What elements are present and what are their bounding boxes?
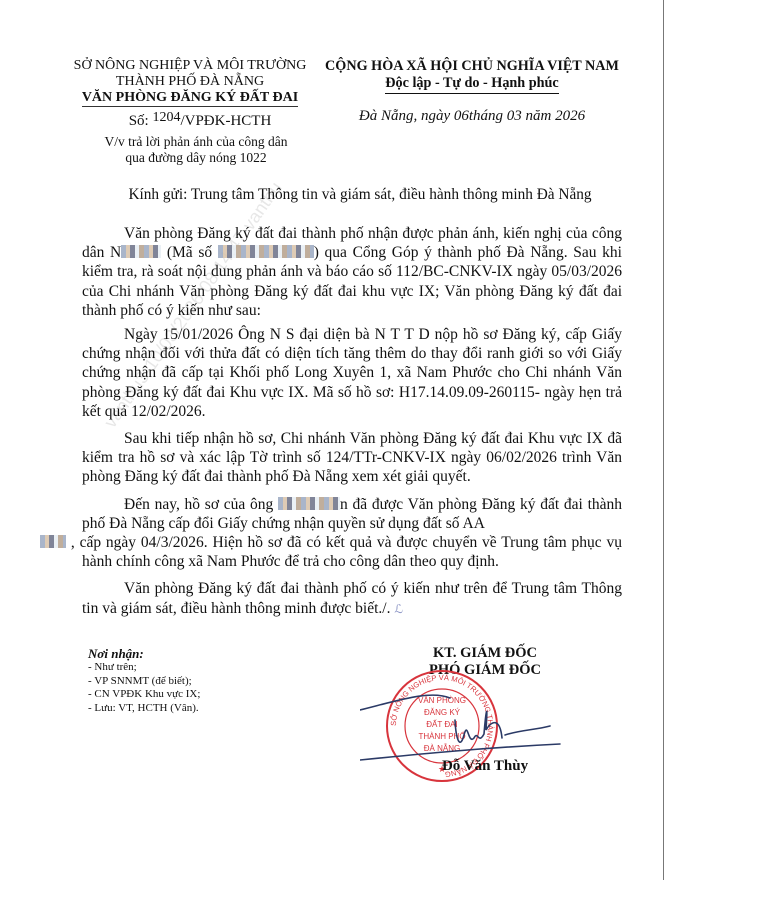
paragraph-5: Văn phòng Đăng ký đất đai thành phố có ý… (82, 579, 622, 618)
paragraph-2: Ngày 15/01/2026 Ông N S đại diện bà N T … (82, 325, 622, 421)
letter-body: Văn phòng Đăng ký đất đai thành phố nhận… (82, 224, 622, 619)
distribution-item: - Như trên; (88, 661, 200, 675)
motto: Độc lập - Tự do - Hạnh phúc (385, 75, 558, 94)
subject-line: V/v trả lời phản ánh của công dân qua đư… (76, 134, 316, 166)
paragraph-3: Sau khi tiếp nhận hồ sơ, Chi nhánh Văn p… (82, 429, 622, 487)
paragraph-1: Văn phòng Đăng ký đất đai thành phố nhận… (82, 224, 622, 320)
city-name: THÀNH PHỐ ĐÀ NẴNG (60, 74, 320, 90)
office-name: VĂN PHÒNG ĐĂNG KÝ ĐẤT ĐAI (82, 90, 298, 107)
distribution-item: - CN VPĐK Khu vực IX; (88, 688, 200, 702)
redacted-name (278, 497, 340, 510)
distribution-item: - Lưu: VT, HCTH (Vân). (88, 702, 200, 716)
nation-name: CỘNG HÒA XÃ HỘI CHỦ NGHĨA VIỆT NAM (322, 58, 622, 75)
redacted-code (218, 245, 314, 258)
initial-mark-icon: ℒ (394, 602, 403, 616)
distribution-list: Nơi nhận: - Như trên; - VP SNNMT (để biế… (88, 646, 200, 715)
distribution-title: Nơi nhận: (88, 646, 200, 661)
distribution-item: - VP SNNMT (để biết); (88, 675, 200, 689)
nation-header: CỘNG HÒA XÃ HỘI CHỦ NGHĨA VIỆT NAM Độc l… (322, 58, 622, 94)
signer-name: Đỗ Văn Thùy (410, 758, 560, 775)
redacted-name (121, 245, 161, 258)
ministry-name: SỞ NÔNG NGHIỆP VÀ MÔI TRƯỜNG (60, 58, 320, 74)
document-number: Số: 1204/VPĐK-HCTH (100, 110, 300, 130)
page-border (663, 0, 664, 880)
number-value: 1204 (152, 110, 180, 125)
recipient-line: Kính gửi: Trung tâm Thông tin và giám sá… (100, 186, 620, 204)
issuer-header: SỞ NÔNG NGHIỆP VÀ MÔI TRƯỜNG THÀNH PHỐ Đ… (60, 58, 320, 107)
document-date: Đà Nẵng, ngày 06tháng 03 năm 2026 (322, 108, 622, 125)
paragraph-4: Đến nay, hồ sơ của ông n đã được Văn phò… (82, 495, 622, 572)
redacted-certificate (40, 535, 66, 548)
